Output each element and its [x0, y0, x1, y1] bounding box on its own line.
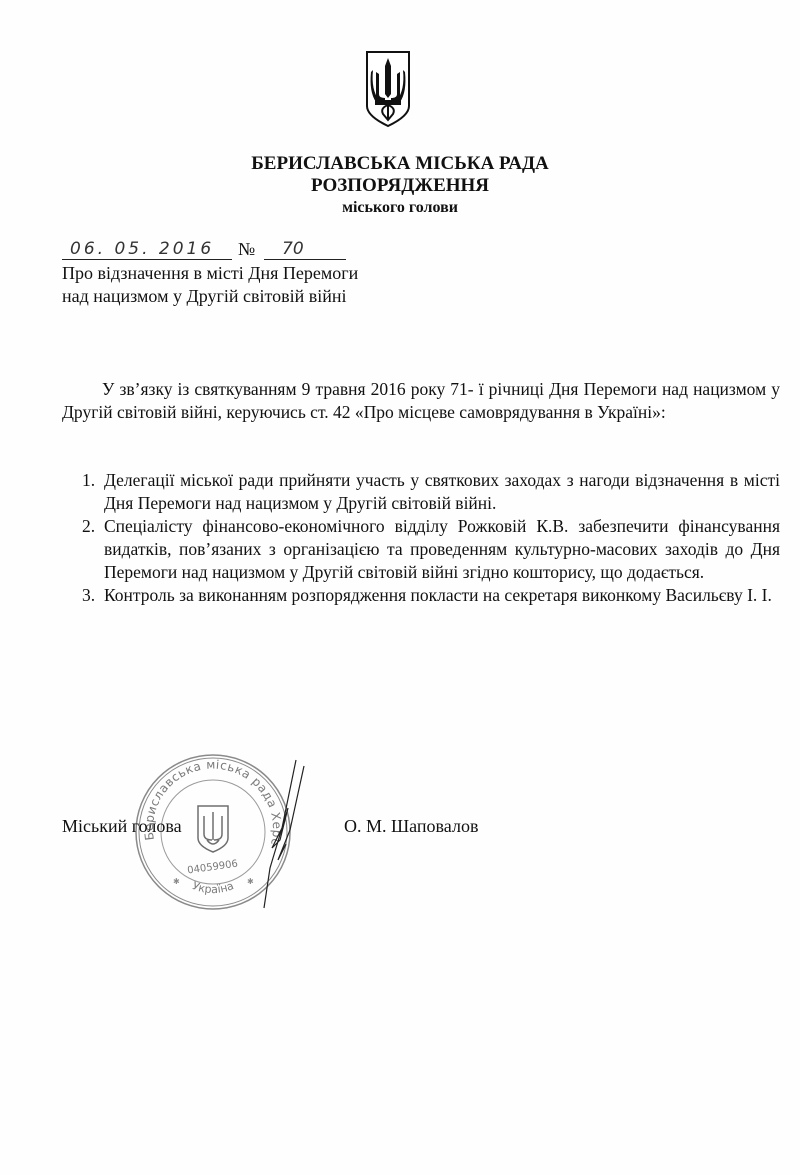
svg-text:Україна: Україна — [190, 879, 235, 896]
document-type-title: РОЗПОРЯДЖЕННЯ — [0, 175, 800, 197]
registration-line: 06. 05. 2016 № 70 — [62, 238, 350, 262]
svg-text:✱: ✱ — [173, 877, 180, 886]
stamp-code: 04059906 — [187, 859, 239, 877]
signatory-position: Міський голова — [62, 816, 182, 837]
item-text: Контроль за виконанням розпорядження пок… — [104, 585, 772, 605]
number-sign: № — [238, 238, 255, 260]
stamp-country-text: Україна — [190, 879, 235, 896]
issuer-subtitle: міського голови — [0, 199, 800, 217]
svg-text:✱: ✱ — [247, 877, 254, 886]
preamble-paragraph: У зв’язку із святкуванням 9 травня 2016 … — [62, 378, 780, 424]
subject-line-2: над нацизмом у Другій світовій війні — [62, 285, 358, 308]
ukraine-trident-emblem-icon — [365, 50, 411, 128]
subject-line-1: Про відзначення в місті Дня Перемоги — [62, 262, 358, 285]
item-number: 2. — [82, 515, 95, 538]
item-text: Делегації міської ради прийняти участь у… — [104, 470, 780, 513]
item-number: 1. — [82, 469, 95, 492]
subject-block: Про відзначення в місті Дня Перемоги над… — [62, 262, 358, 308]
item-text: Спеціалісту фінансово-економічного відді… — [104, 516, 780, 582]
handwritten-date: 06. 05. 2016 — [62, 238, 232, 260]
order-item-1: 1. Делегації міської ради прийняти участ… — [62, 469, 780, 515]
handwritten-signature — [260, 758, 310, 910]
handwritten-number: 70 — [264, 238, 346, 260]
order-item-3: 3. Контроль за виконанням розпорядження … — [62, 584, 780, 607]
order-item-2: 2. Спеціалісту фінансово-економічного ві… — [62, 515, 780, 584]
organization-title: БЕРИСЛАВСЬКА МІСЬКА РАДА — [0, 153, 800, 175]
item-number: 3. — [82, 584, 95, 607]
order-items-list: 1. Делегації міської ради прийняти участ… — [62, 469, 780, 607]
document-page: БЕРИСЛАВСЬКА МІСЬКА РАДА РОЗПОРЯДЖЕННЯ м… — [0, 0, 800, 1175]
signatory-name: О. М. Шаповалов — [344, 816, 478, 837]
